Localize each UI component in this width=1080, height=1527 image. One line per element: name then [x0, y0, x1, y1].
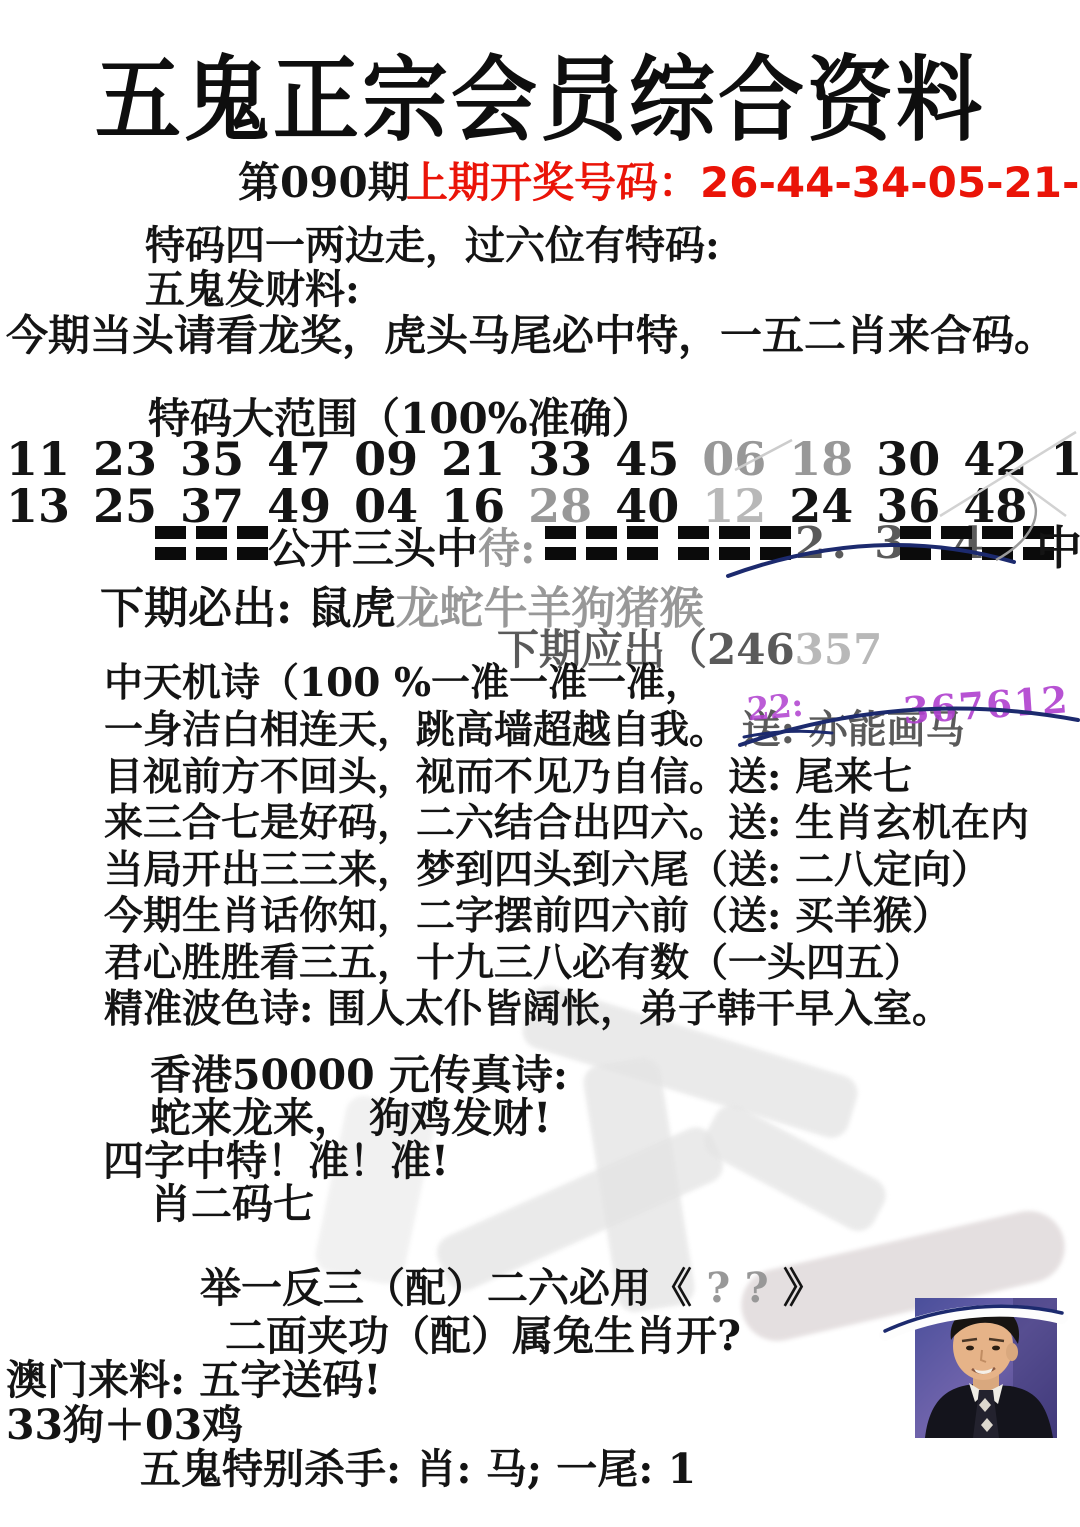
bars-suffix-text: 中 [1036, 521, 1080, 575]
handwriting-mark-text: 22: [745, 686, 804, 729]
bottom-line-1-end: 》 [783, 1264, 824, 1312]
range-row-1: 11 23 35 47 09 21 33 45 06 18 30 42 10 2… [6, 432, 1080, 486]
range-row2-black2: 40 [615, 479, 679, 533]
page-title-text: 五鬼正宗会员综合资料 [95, 46, 985, 155]
lottery-tip-sheet: 五鬼正宗会员综合资料 第090期 上期开奖号码：26-44-34-05-21-2… [0, 0, 1080, 1527]
bar-block-icon [545, 526, 658, 560]
host-photo-image [915, 1298, 1057, 1438]
bars-label-dark: 公开三头中 [268, 524, 478, 573]
bottom-line-5: 五鬼特别杀手: 肖: 马; 一尾: 1 [140, 1436, 696, 1495]
range-row2-gray2: 12 [702, 479, 766, 533]
handwriting-overlay-mark: 22: [745, 686, 804, 729]
next-should-gray: 357 [795, 625, 883, 674]
handwriting-overlay-digits: 367612 [902, 677, 1071, 733]
next-must-black: 鼠虎 [308, 583, 396, 634]
fax-line-4: 肖二码七 [150, 1171, 314, 1230]
bar-block-icon [900, 526, 972, 560]
last-draw-numbers: 上期开奖号码：26-44-34-05-21-22+49 [406, 150, 1080, 210]
range-row1-black2: 30 42 10 22 34 46 01 [876, 432, 1080, 486]
bar-block-icon [155, 526, 268, 560]
intro-line-3-text: 今期当头请看龙奖，虎头马尾必中特，一五二肖来合码。 [6, 311, 1056, 360]
bars-label-gray: 待: [478, 524, 536, 573]
range-row1-gray: 06 18 [702, 432, 853, 486]
range-row1-black1: 11 23 35 47 09 21 33 45 [6, 432, 679, 486]
bars-label: 公开三头中待: [268, 516, 536, 576]
poem-line-8: 精准波色诗: 围人太仆皆阔怅，弟子韩干早入室。 [104, 978, 951, 1034]
issue-label-text: 第090期 [238, 158, 410, 207]
next-must-label: 下期必出: [100, 583, 308, 634]
intro-line-3: 今期当头请看龙奖，虎头马尾必中特，一五二肖来合码。 [6, 303, 1056, 363]
issue-label: 第090期 [238, 150, 410, 210]
last-draw-text: 上期开奖号码：26-44-34-05-21-22+49 [406, 158, 1080, 207]
bar-block-icon [678, 526, 791, 560]
poem-line-8-text: 精准波色诗: 围人太仆皆阔怅，弟子韩干早入室。 [104, 986, 951, 1032]
handwriting-digits-text: 367612 [902, 677, 1071, 733]
range-row2-gray1: 28 [528, 479, 592, 533]
bars-suffix: 中 [1036, 512, 1080, 578]
page-title: 五鬼正宗会员综合资料 [95, 25, 985, 159]
fax-line-4-text: 肖二码七 [150, 1180, 314, 1228]
bottom-line-5-text: 五鬼特别杀手: 肖: 马; 一尾: 1 [140, 1445, 696, 1493]
host-photo [915, 1298, 1057, 1438]
